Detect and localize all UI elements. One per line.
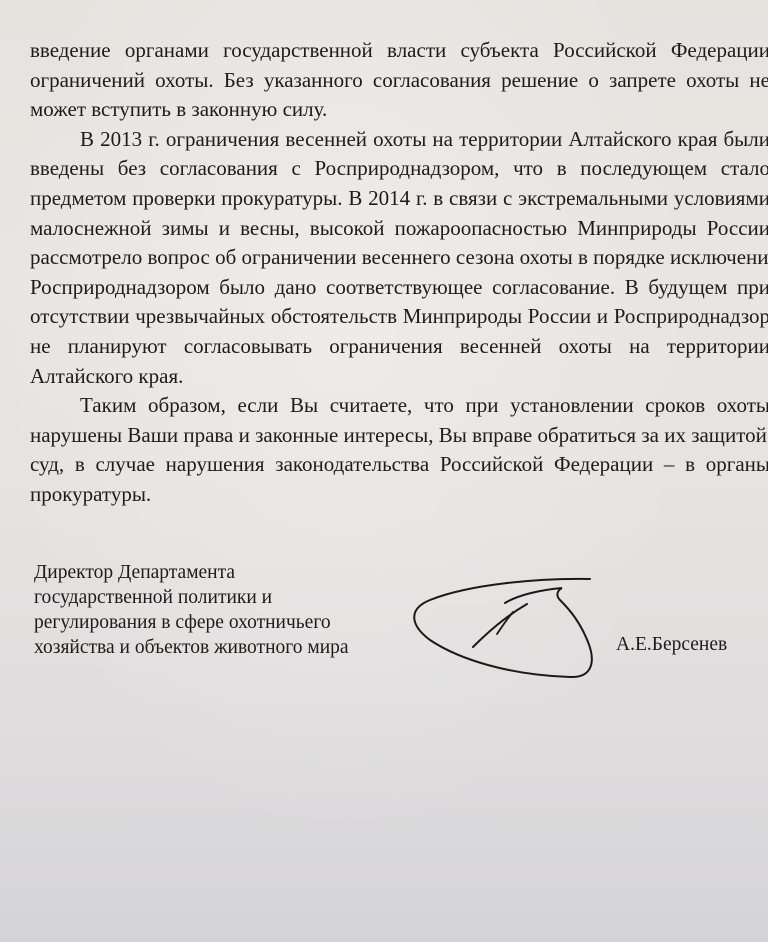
position-line: государственной политики и [34, 585, 349, 610]
text-line: рассмотрело вопрос об ограничении весенн… [30, 243, 768, 273]
text-line: предметом проверки прокуратуры. В 2014 г… [30, 184, 768, 214]
text-line: прокуратуры. [30, 480, 768, 510]
text-line: Таким образом, если Вы считаете, что при… [30, 391, 768, 421]
text-line: отсутствии чрезвычайных обстоятельств Ми… [30, 302, 768, 332]
text-line: Росприроднадзором было дано соответствую… [30, 273, 768, 303]
text-line: Алтайского края. [30, 362, 768, 392]
paragraph-2: В 2013 г. ограничения весенней охоты на … [30, 125, 768, 391]
signature-icon [400, 570, 620, 690]
signer-name: А.Е.Берсенев [616, 634, 727, 656]
text-line: В 2013 г. ограничения весенней охоты на … [30, 125, 768, 155]
position-line: регулирования в сфере охотничьего [34, 610, 349, 635]
text-line: введены без согласования с Росприроднадз… [30, 154, 768, 184]
text-line: малоснежной зимы и весны, высокой пожаро… [30, 214, 768, 244]
paragraph-3: Таким образом, если Вы считаете, что при… [30, 391, 768, 509]
position-line: хозяйства и объектов животного мира [34, 635, 349, 660]
text-line: введение органами государственной власти… [30, 36, 768, 66]
position-line: Директор Департамента [34, 560, 349, 585]
text-line: не планируют согласовывать ограничения в… [30, 332, 768, 362]
signer-position: Директор Департамента государственной по… [34, 560, 349, 660]
text-line: суд, в случае нарушения законодательства… [30, 450, 768, 480]
paragraph-1: введение органами государственной власти… [30, 36, 768, 125]
text-line: ограничений охоты. Без указанного соглас… [30, 66, 768, 96]
text-line: нарушены Ваши права и законные интересы,… [30, 421, 768, 451]
text-line: может вступить в законную силу. [30, 95, 768, 125]
letter-body: введение органами государственной власти… [30, 36, 768, 510]
